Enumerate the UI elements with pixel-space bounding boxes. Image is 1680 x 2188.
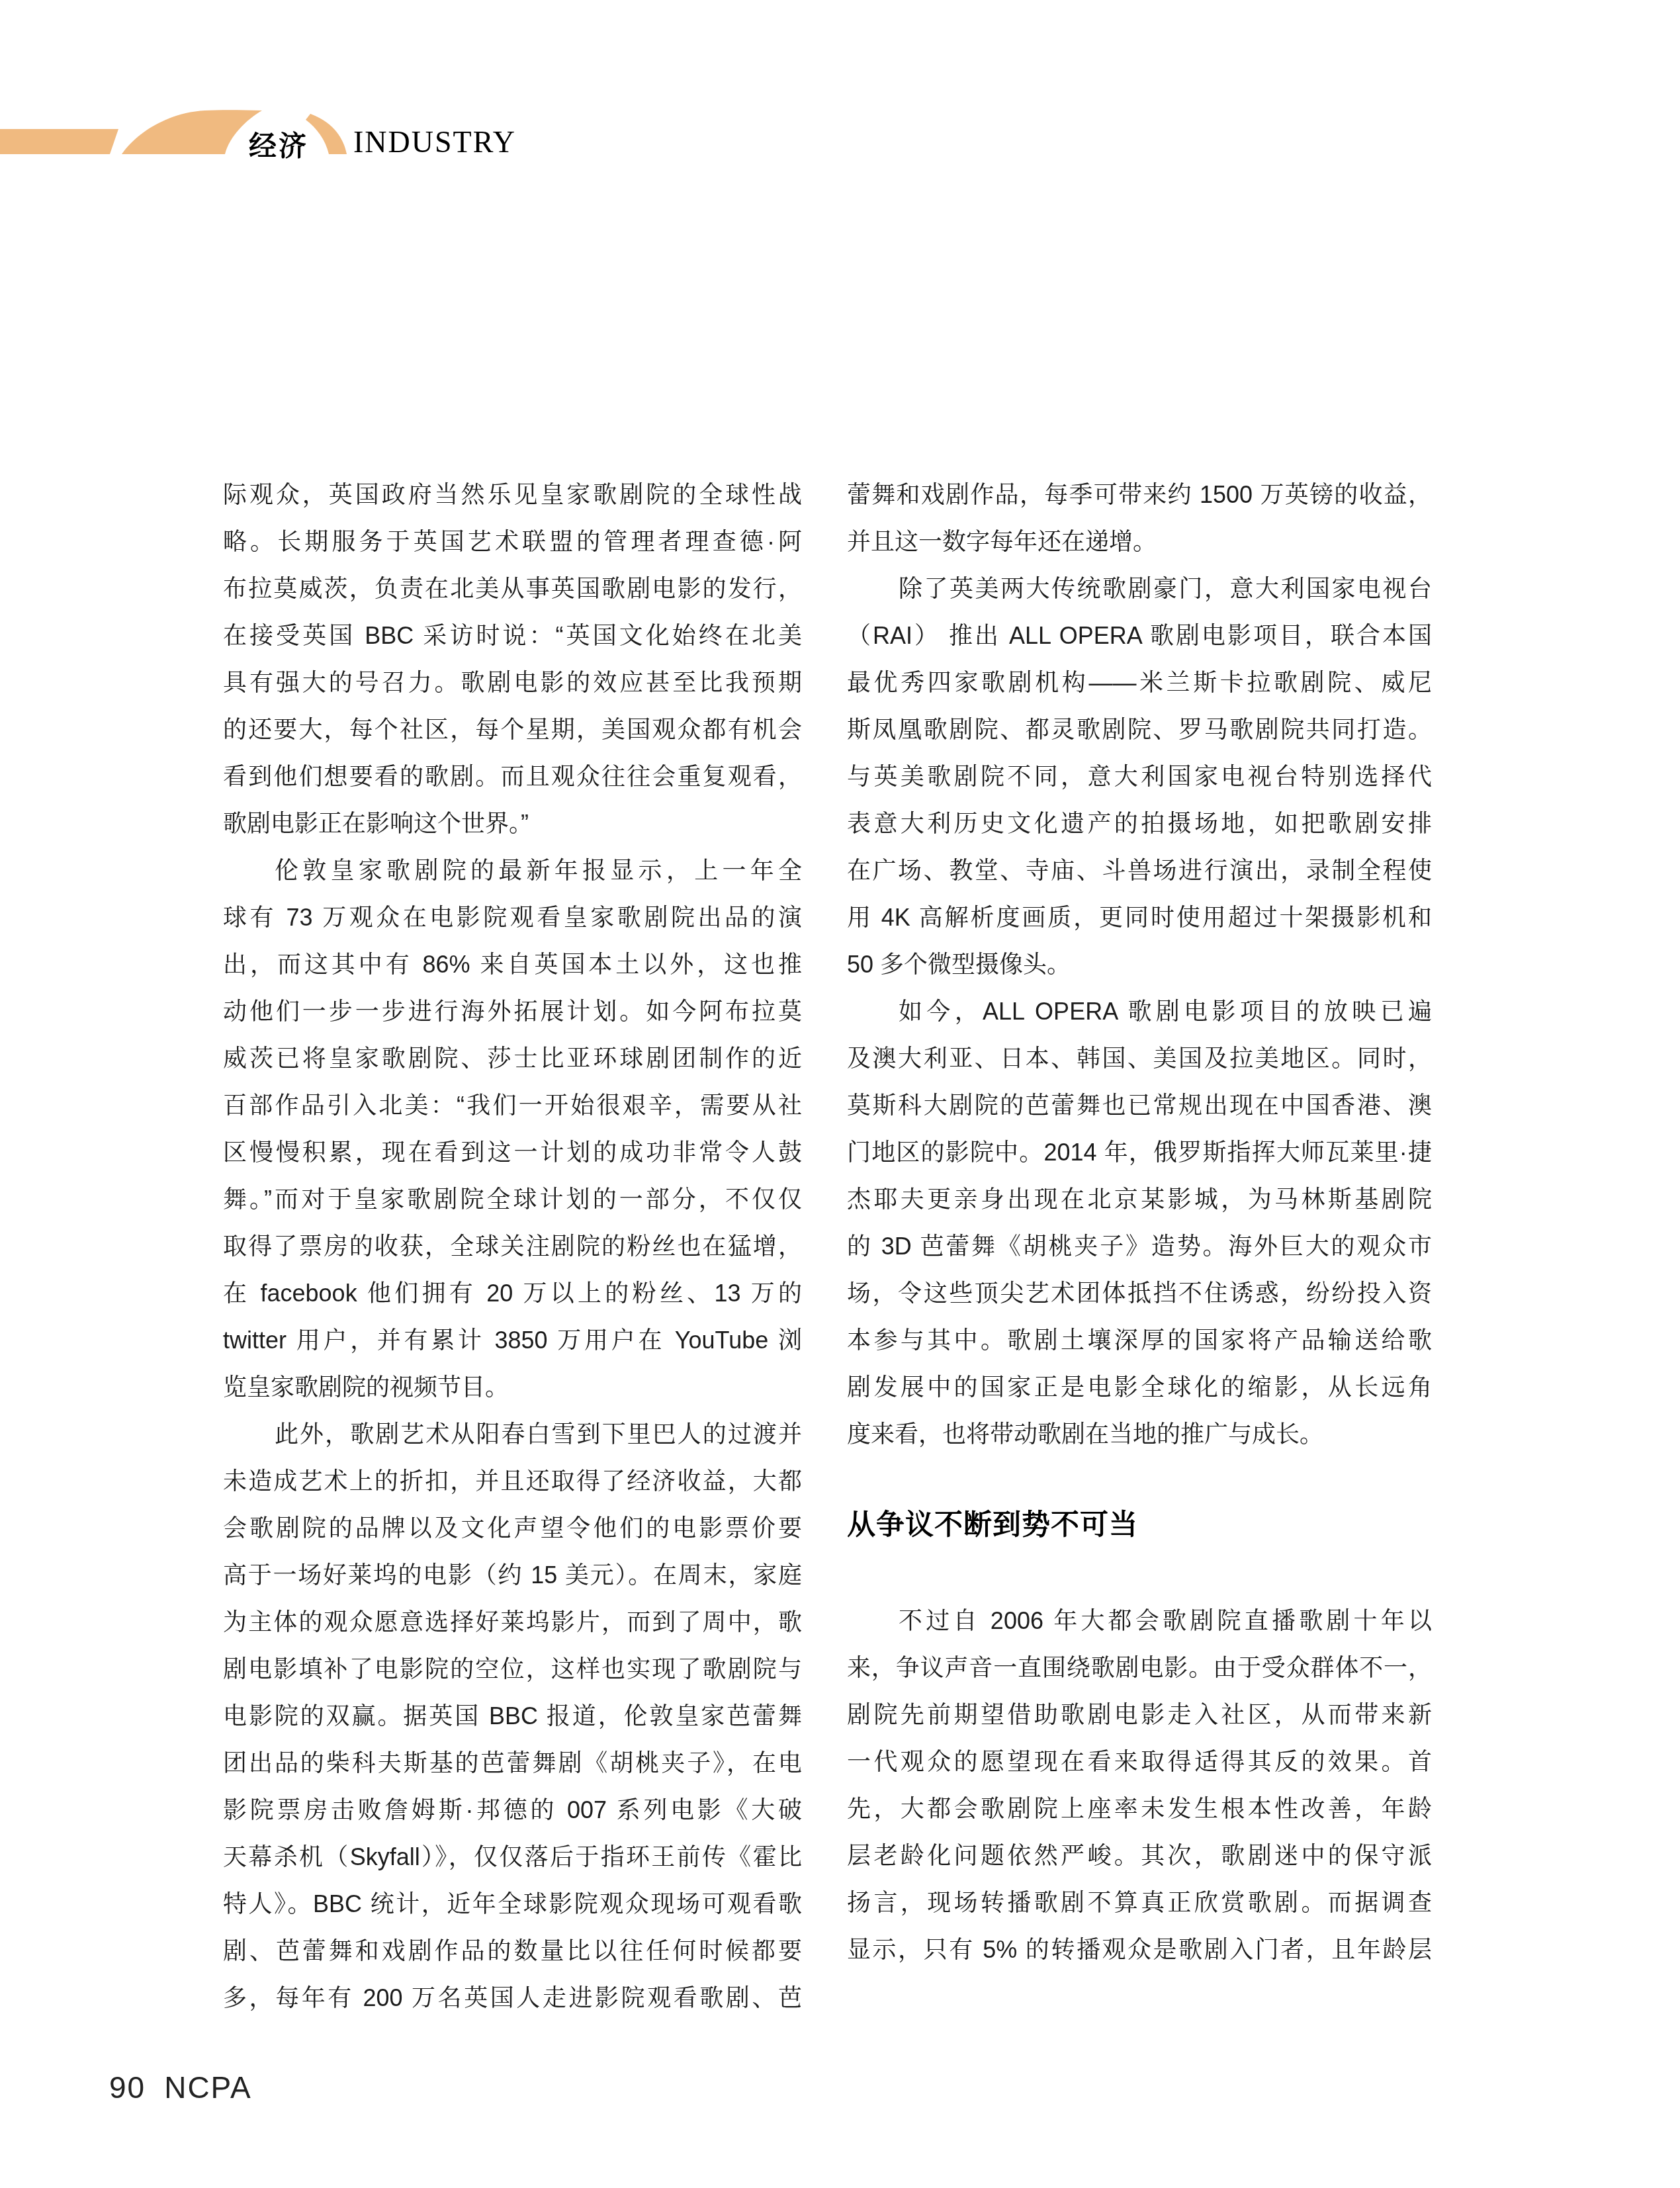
text-line: 度来看，也将带动歌剧在当地的推广与成长。 <box>847 1411 1432 1458</box>
text-line: 为主体的观众愿意选择好莱坞影片，而到了周中，歌 <box>223 1598 802 1645</box>
section-label-zh: 经济 <box>249 124 308 164</box>
text-line: 先，大都会歌剧院上座率未发生根本性改善，年龄 <box>847 1785 1432 1832</box>
text-line: 与英美歌剧院不同，意大利国家电视台特别选择代 <box>847 753 1432 800</box>
text-line: 会歌剧院的品牌以及文化声望令他们的电影票价要 <box>223 1505 802 1552</box>
text-line: 50 多个微型摄像头。 <box>847 941 1432 988</box>
text-line: 特人》。BBC 统计，近年全球影院观众现场可观看歌 <box>223 1880 802 1927</box>
text-line: 歌剧电影正在影响这个世界。” <box>223 800 802 847</box>
text-line: 具有强大的号召力。歌剧电影的效应甚至比我预期 <box>223 659 802 706</box>
article-column-left: 际观众，英国政府当然乐见皇家歌剧院的全球性战略。长期服务于英国艺术联盟的管理者理… <box>223 471 802 2021</box>
text-line: 区慢慢积累，现在看到这一计划的成功非常令人鼓 <box>223 1129 802 1176</box>
text-line: 如今，ALL OPERA 歌剧电影项目的放映已遍 <box>847 988 1432 1035</box>
text-line: 门地区的影院中。2014 年，俄罗斯指挥大师瓦莱里·捷 <box>847 1129 1432 1176</box>
text-line: 一代观众的愿望现在看来取得适得其反的效果。首 <box>847 1738 1432 1785</box>
text-line: 在接受英国 BBC 采访时说：“英国文化始终在北美 <box>223 612 802 659</box>
journal-brand: NCPA <box>164 2070 251 2105</box>
text-line: 高于一场好莱坞的电影（约 15 美元）。在周末，家庭 <box>223 1552 802 1598</box>
text-line: 取得了票房的收获，全球关注剧院的粉丝也在猛增， <box>223 1223 802 1270</box>
text-line: 剧发展中的国家正是电影全球化的缩影，从长远角 <box>847 1364 1432 1411</box>
text-line: 多，每年有 200 万名英国人走进影院观看歌剧、芭 <box>223 1974 802 2021</box>
text-line: 此外，歌剧艺术从阳春白雪到下里巴人的过渡并 <box>223 1411 802 1458</box>
text-line: 布拉莫威茨，负责在北美从事英国歌剧电影的发行， <box>223 565 802 612</box>
text-line: 伦敦皇家歌剧院的最新年报显示，上一年全 <box>223 847 802 894</box>
section-label-en: INDUSTRY <box>353 124 516 159</box>
text-line: 本参与其中。歌剧土壤深厚的国家将产品输送给歌 <box>847 1317 1432 1364</box>
text-line: 显示，只有 5% 的转播观众是歌剧入门者，且年龄层 <box>847 1926 1432 1973</box>
text-line: 杰耶夫更亲身出现在北京某影城，为马林斯基剧院 <box>847 1176 1432 1223</box>
article-column-right: 蕾舞和戏剧作品，每季可带来约 1500 万英镑的收益，并且这一数字每年还在递增。… <box>847 471 1432 1973</box>
right-column-part-1: 蕾舞和戏剧作品，每季可带来约 1500 万英镑的收益，并且这一数字每年还在递增。… <box>847 471 1432 1458</box>
text-line: 莫斯科大剧院的芭蕾舞也已常规出现在中国香港、澳 <box>847 1082 1432 1129</box>
text-line: 动他们一步一步进行海外拓展计划。如今阿布拉莫 <box>223 988 802 1035</box>
text-line: 电影院的双赢。据英国 BBC 报道，伦敦皇家芭蕾舞 <box>223 1692 802 1739</box>
header-bar-shape <box>0 129 118 154</box>
text-line: 团出品的柴科夫斯基的芭蕾舞剧《胡桃夹子》，在电 <box>223 1739 802 1786</box>
text-line: 及澳大利亚、日本、韩国、美国及拉美地区。同时， <box>847 1035 1432 1082</box>
text-line: 的 3D 芭蕾舞《胡桃夹子》造势。海外巨大的观众市 <box>847 1223 1432 1270</box>
text-line: 表意大利历史文化遗产的拍摄场地，如把歌剧安排 <box>847 800 1432 847</box>
text-line: 际观众，英国政府当然乐见皇家歌剧院的全球性战 <box>223 471 802 518</box>
text-line: 除了英美两大传统歌剧豪门，意大利国家电视台 <box>847 565 1432 612</box>
text-line: 最优秀四家歌剧机构——米兰斯卡拉歌剧院、威尼 <box>847 659 1432 706</box>
text-line: 在广场、教堂、寺庙、斗兽场进行演出，录制全程使 <box>847 847 1432 894</box>
header-hill-shape <box>122 110 262 154</box>
text-line: 场，令这些顶尖艺术团体抵挡不住诱惑，纷纷投入资 <box>847 1270 1432 1317</box>
text-line: 不过自 2006 年大都会歌剧院直播歌剧十年以 <box>847 1597 1432 1644</box>
text-line: 看到他们想要看的歌剧。而且观众往往会重复观看， <box>223 753 802 800</box>
right-column-part-2: 不过自 2006 年大都会歌剧院直播歌剧十年以来，争议声音一直围绕歌剧电影。由于… <box>847 1597 1432 1973</box>
header-arc-shape <box>306 114 347 154</box>
page-number: 90 <box>109 2070 146 2105</box>
text-line: 并且这一数字每年还在递增。 <box>847 518 1432 565</box>
text-line: 未造成艺术上的折扣，并且还取得了经济收益，大都 <box>223 1458 802 1505</box>
text-line: twitter 用户，并有累计 3850 万用户在 YouTube 浏 <box>223 1317 802 1364</box>
text-line: 威茨已将皇家歌剧院、莎士比亚环球剧团制作的近 <box>223 1035 802 1082</box>
text-line: （RAI） 推出 ALL OPERA 歌剧电影项目，联合本国 <box>847 612 1432 659</box>
page-footer: 90 NCPA <box>109 2070 252 2105</box>
text-line: 略。长期服务于英国艺术联盟的管理者理查德·阿 <box>223 518 802 565</box>
magazine-page: 经济 INDUSTRY 际观众，英国政府当然乐见皇家歌剧院的全球性战略。长期服务… <box>0 0 1680 2188</box>
section-heading: 从争议不断到势不可当 <box>847 1507 1432 1544</box>
text-line: 的还要大，每个社区，每个星期，美国观众都有机会 <box>223 706 802 753</box>
text-line: 在 facebook 他们拥有 20 万以上的粉丝、13 万的 <box>223 1270 802 1317</box>
text-line: 天幕杀机（Skyfall）》，仅仅落后于指环王前传《霍比 <box>223 1833 802 1880</box>
text-line: 出，而这其中有 86% 来自英国本土以外，这也推 <box>223 941 802 988</box>
text-line: 剧电影填补了电影院的空位，这样也实现了歌剧院与 <box>223 1645 802 1692</box>
text-line: 层老龄化问题依然严峻。其次，歌剧迷中的保守派 <box>847 1832 1432 1879</box>
text-line: 球有 73 万观众在电影院观看皇家歌剧院出品的演 <box>223 894 802 941</box>
text-line: 剧、芭蕾舞和戏剧作品的数量比以往任何时候都要 <box>223 1927 802 1974</box>
text-line: 舞。”而对于皇家歌剧院全球计划的一部分，不仅仅 <box>223 1176 802 1223</box>
text-line: 用 4K 高解析度画质，更同时使用超过十架摄影机和 <box>847 894 1432 941</box>
text-line: 来，争议声音一直围绕歌剧电影。由于受众群体不一， <box>847 1644 1432 1691</box>
text-line: 百部作品引入北美：“我们一开始很艰辛，需要从社 <box>223 1082 802 1129</box>
text-line: 剧院先前期望借助歌剧电影走入社区，从而带来新 <box>847 1691 1432 1738</box>
text-line: 影院票房击败詹姆斯·邦德的 007 系列电影《大破 <box>223 1786 802 1833</box>
text-line: 览皇家歌剧院的视频节目。 <box>223 1364 802 1411</box>
text-line: 蕾舞和戏剧作品，每季可带来约 1500 万英镑的收益， <box>847 471 1432 518</box>
text-line: 扬言，现场转播歌剧不算真正欣赏歌剧。而据调查 <box>847 1879 1432 1926</box>
text-line: 斯凤凰歌剧院、都灵歌剧院、罗马歌剧院共同打造。 <box>847 706 1432 753</box>
